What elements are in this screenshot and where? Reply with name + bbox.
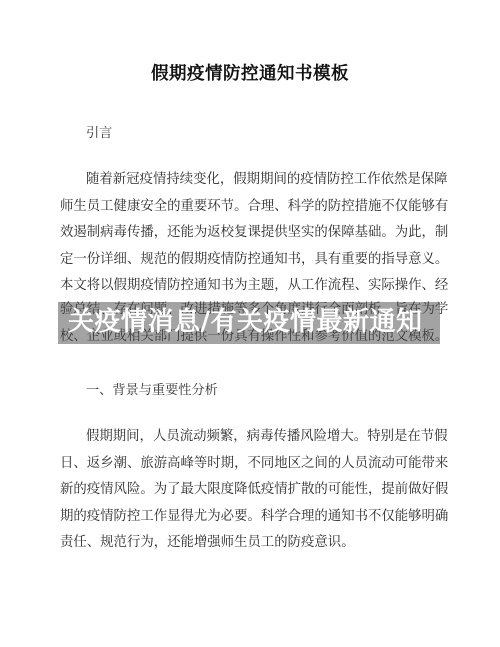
document-title: 假期疫情防控通知书模板 (0, 60, 500, 85)
document-page: 假期疫情防控通知书模板 引言 随着新冠疫情持续变化，假期期间的疫情防控工作依然是… (0, 0, 500, 647)
overlay-banner-title: 关疫情消息/有关疫情最新通知 (68, 305, 423, 339)
paragraph-line: 假期期间，人员流动频繁，病毒传播风险增大。特别是在节假 (60, 424, 442, 451)
paragraph-line: 随着新冠疫情持续变化，假期期间的疫情防控工作依然是保障 (60, 167, 442, 194)
paragraph-line: 期的疫情防控工作显得尤为必要。科学合理的通知书不仅能够明确 (60, 504, 442, 531)
paragraph-line: 本文将以假期疫情防控通知书为主题，从工作流程、实际操作、经 (60, 273, 442, 300)
section-heading-background: 一、背景与重要性分析 (86, 379, 218, 398)
section-heading-intro: 引言 (86, 122, 112, 141)
paragraph-line: 日、返乡潮、旅游高峰等时期，不同地区之间的人员流动可能带来 (60, 451, 442, 478)
paragraph-line: 定一份详细、规范的假期疫情防控通知书，具有重要的指导意义。 (60, 247, 442, 274)
paragraph-line: 责任、规范行为，还能增强师生员工的防疫意识。 (60, 530, 442, 557)
paragraph-line: 师生员工健康安全的重要环节。合理、科学的防控措施不仅能够有 (60, 194, 442, 221)
background-paragraph: 假期期间，人员流动频繁，病毒传播风险增大。特别是在节假 日、返乡潮、旅游高峰等时… (60, 424, 442, 557)
paragraph-line: 新的疫情风险。为了最大限度降低疫情扩散的可能性，提前做好假 (60, 477, 442, 504)
intro-paragraph: 随着新冠疫情持续变化，假期期间的疫情防控工作依然是保障 师生员工健康安全的重要环… (60, 167, 442, 300)
paragraph-line: 效遏制病毒传播，还能为返校复课提供坚实的保障基础。为此，制 (60, 220, 442, 247)
